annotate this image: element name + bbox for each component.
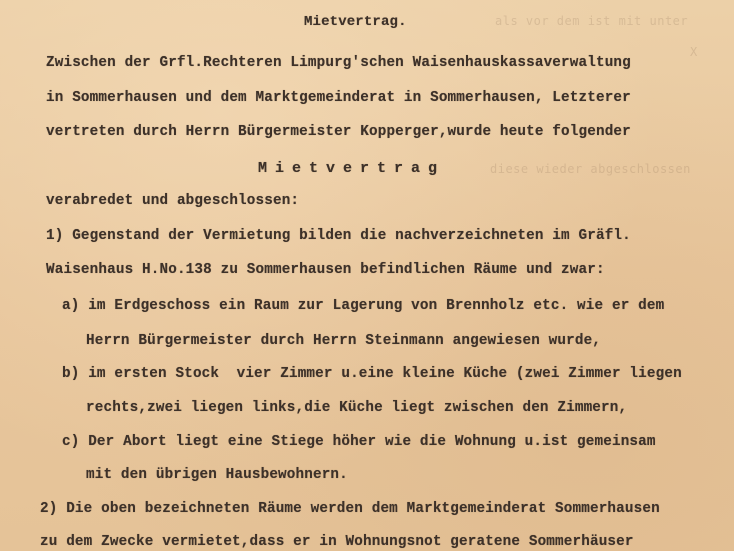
document-title: Mietvertrag. xyxy=(304,14,407,30)
item-a-line: Herrn Bürgermeister durch Herrn Steinman… xyxy=(86,333,601,349)
bleed-through-text: als vor dem ist mit unter xyxy=(495,14,688,28)
item-c-line: mit den übrigen Hausbewohnern. xyxy=(86,467,348,483)
intro-line: vertreten durch Herrn Bürgermeister Kopp… xyxy=(46,124,631,140)
intro-line: in Sommerhausen und dem Marktgemeinderat… xyxy=(46,90,631,106)
section-1-line: Waisenhaus H.No.138 zu Sommerhausen befi… xyxy=(46,262,605,278)
section-heading: Mietvertrag xyxy=(258,160,445,177)
section-1-line: 1) Gegenstand der Vermietung bilden die … xyxy=(46,228,631,244)
section-2-line: 2) Die oben bezeichneten Räume werden de… xyxy=(40,501,660,517)
intro-line: Zwischen der Grfl.Rechteren Limpurg'sche… xyxy=(46,55,631,71)
section-2-line: zu dem Zwecke vermietet,dass er in Wohnu… xyxy=(40,534,634,550)
item-b-line: rechts,zwei liegen links,die Küche liegt… xyxy=(86,400,627,416)
bleed-through-text: diese wieder abgeschlossen xyxy=(490,162,691,176)
item-c-line: c) Der Abort liegt eine Stiege höher wie… xyxy=(62,434,656,450)
item-a-line: a) im Erdgeschoss ein Raum zur Lagerung … xyxy=(62,298,664,314)
agreed-line: verabredet und abgeschlossen: xyxy=(46,193,299,209)
bleed-through-text: X xyxy=(690,45,698,59)
item-b-line: b) im ersten Stock vier Zimmer u.eine kl… xyxy=(62,366,682,382)
